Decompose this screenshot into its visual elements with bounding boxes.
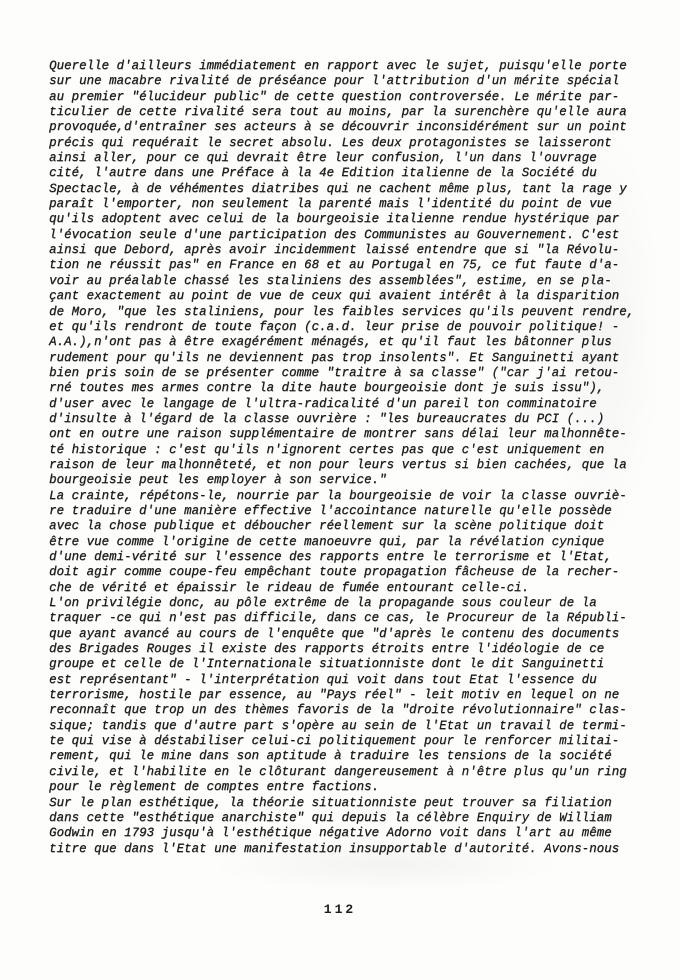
text-line: pour le règlement de comptes entre facti… xyxy=(49,780,641,795)
text-line: raison de leur malhonnêteté, et non pour… xyxy=(49,458,641,473)
text-line: tion ne réussit pas" en France en 68 et … xyxy=(49,258,641,273)
text-line: ont en outre une raison supplémentaire d… xyxy=(49,427,641,442)
text-line: qu'ils adoptent avec celui de la bourgeo… xyxy=(49,212,641,227)
text-line: te qui vise à déstabiliser celui-ci poli… xyxy=(49,734,641,749)
text-line: précis qui requérait le secret absolu. L… xyxy=(49,136,641,151)
text-line: d'insulte à l'égard de la classe ouvrièr… xyxy=(49,412,641,427)
text-line: ainsi que Debord, après avoir incidemmen… xyxy=(49,243,641,258)
text-line: L'on privilégie donc, au pôle extrême de… xyxy=(49,596,641,611)
text-line: d'une demi-vérité sur l'essence des rapp… xyxy=(49,550,641,565)
text-line: groupe et celle de l'Internationale situ… xyxy=(49,657,641,672)
text-line: ticulier de cette rivalité sera tout au … xyxy=(49,105,641,120)
text-line: paraît l'emporter, non seulement la pare… xyxy=(49,197,641,212)
text-line: être vue comme l'origine de cette manoeu… xyxy=(49,535,641,550)
text-line: Sur le plan esthétique, la théorie situa… xyxy=(49,796,641,811)
text-line: A.A.),n'ont pas à être exagérément ménag… xyxy=(49,335,641,350)
text-line: sique; tandis que d'autre part s'opère a… xyxy=(49,719,641,734)
text-line: rement, qui le mine dans son aptitude à … xyxy=(49,749,641,764)
text-line: provoquée,d'entraîner ses acteurs à se d… xyxy=(49,120,641,135)
text-line: terrorisme, hostile par essence, au "Pay… xyxy=(49,688,641,703)
text-line: voir au préalable chassé les staliniens … xyxy=(49,274,641,289)
text-line: té historique : c'est qu'ils n'ignorent … xyxy=(49,443,641,458)
text-line: civile, et l'habilite en le clôturant da… xyxy=(49,765,641,780)
text-line: sur une macabre rivalité de préséance po… xyxy=(49,74,641,89)
text-line: doit agir comme coupe-feu empêchant tout… xyxy=(49,565,641,580)
text-line: re traduire d'une manière effective l'ac… xyxy=(49,504,641,519)
text-line: bourgeoisie peut les employer à son serv… xyxy=(49,473,641,488)
page-number: 112 xyxy=(0,902,680,917)
text-line: bien pris soin de se présenter comme "tr… xyxy=(49,366,641,381)
text-line: çant exactement au point de vue de ceux … xyxy=(49,289,641,304)
text-line: cité, l'autre dans une Préface à la 4e E… xyxy=(49,166,641,181)
text-line: des Brigades Rouges il existe des rappor… xyxy=(49,642,641,657)
text-line: rné toutes mes armes contre la dite haut… xyxy=(49,381,641,396)
text-line: ainsi aller, pour ce qui devrait être le… xyxy=(49,151,641,166)
text-line: que ayant avancé au cours de l'enquête q… xyxy=(49,627,641,642)
text-line: La crainte, répétons-le, nourrie par la … xyxy=(49,489,641,504)
text-line: rudement pour qu'ils ne deviennent pas t… xyxy=(49,351,641,366)
text-line: avec la chose publique et déboucher réel… xyxy=(49,519,641,534)
text-line: Spectacle, à de véhémentes diatribes qui… xyxy=(49,182,641,197)
text-line: au premier "élucideur public" de cette q… xyxy=(49,90,641,105)
text-line: Querelle d'ailleurs immédiatement en rap… xyxy=(49,59,641,74)
scanned-document-page: Querelle d'ailleurs immédiatement en rap… xyxy=(0,0,680,980)
text-line: traquer -ce qui n'est pas difficile, dan… xyxy=(49,611,641,626)
text-line: reconnaît que trop un des thèmes favoris… xyxy=(49,703,641,718)
text-line: d'user avec le langage de l'ultra-radica… xyxy=(49,397,641,412)
text-line: che de vérité et épaissir le rideau de f… xyxy=(49,581,641,596)
text-line: dans cette "esthétique anarchiste" qui d… xyxy=(49,811,641,826)
text-line: Godwin en 1793 jusqu'à l'esthétique néga… xyxy=(49,826,641,841)
text-line: de Moro, "que les staliniens, pour les f… xyxy=(49,305,641,320)
text-line: et qu'ils rendront de toute façon (c.a.d… xyxy=(49,320,641,335)
text-line: l'évocation seule d'une participation de… xyxy=(49,228,641,243)
text-line: est représentant" - l'interprétation qui… xyxy=(49,673,641,688)
body-text: Querelle d'ailleurs immédiatement en rap… xyxy=(49,59,641,857)
text-line: titre que dans l'Etat une manifestation … xyxy=(49,842,641,857)
